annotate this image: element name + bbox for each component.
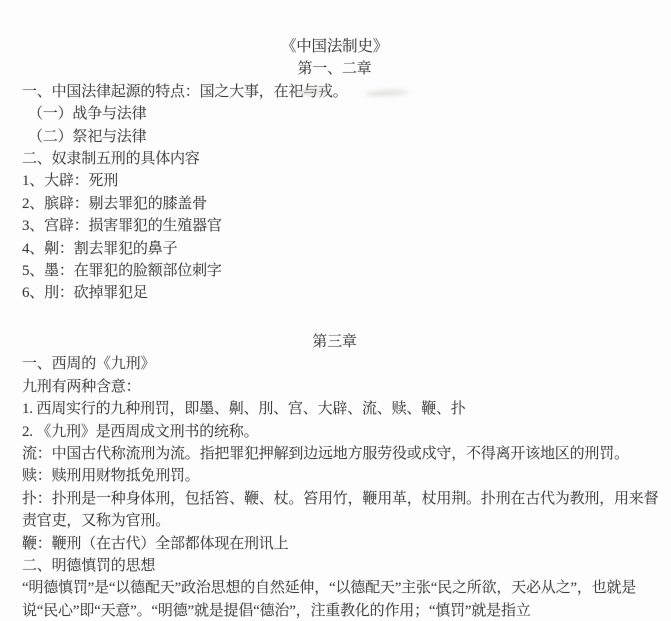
doc-line: 二、明德慎罚的思想 (22, 555, 661, 577)
chapter3-heading: 第三章 (22, 331, 661, 353)
doc-line: 2. 《九刑》是西周成文刑书的统称。 (22, 421, 661, 443)
doc-line: 一、西周的《九刑》 (22, 353, 661, 375)
doc-line: 5、墨：在罪犯的脸额部位刺字 (22, 260, 661, 282)
section-gap (22, 305, 661, 331)
doc-line: 二、奴隶制五刑的具体内容 (22, 148, 661, 170)
chapter1-heading: 第一、二章 (22, 58, 661, 80)
doc-line: 1. 西周实行的九种刑罚，即墨、劓、刖、宫、大辟、流、赎、鞭、扑 (22, 398, 661, 420)
doc-line: 3、宫辟：损害罪犯的生殖器官 (22, 215, 661, 237)
doc-line: 九刑有两种含意： (22, 376, 661, 398)
document-title: 《中国法制史》 (22, 36, 661, 58)
doc-line: 一、中国法律起源的特点：国之大事，在祀与戎。 (22, 81, 661, 103)
doc-line: （一）战争与法律 (22, 103, 661, 125)
doc-line: （二）祭祀与法律 (22, 126, 661, 148)
doc-line: 4、劓：割去罪犯的鼻子 (22, 238, 661, 260)
document-page: 《中国法制史》 第一、二章 一、中国法律起源的特点：国之大事，在祀与戎。 （一）… (0, 0, 671, 621)
doc-line: “明德慎罚”是“以德配天”政治思想的自然延伸，“以德配天”主张“民之所欲，天必从… (22, 577, 661, 621)
doc-line: 1、大辟：死刑 (22, 170, 661, 192)
doc-line: 赎：赎刑用财物抵免刑罚。 (22, 465, 661, 487)
doc-line: 扑：扑刑是一种身体刑，包括笞、鞭、杖。笞用竹，鞭用革，杖用荆。扑刑在古代为教刑，… (22, 488, 661, 533)
doc-line: 2、膑辟：剔去罪犯的膝盖骨 (22, 193, 661, 215)
doc-line: 6、刖：砍掉罪犯足 (22, 282, 661, 304)
doc-line: 流：中国古代称流刑为流。指把罪犯押解到边远地方服劳役或戍守，不得离开该地区的刑罚… (22, 443, 661, 465)
doc-line: 鞭：鞭刑（在古代）全部都体现在刑讯上 (22, 533, 661, 555)
